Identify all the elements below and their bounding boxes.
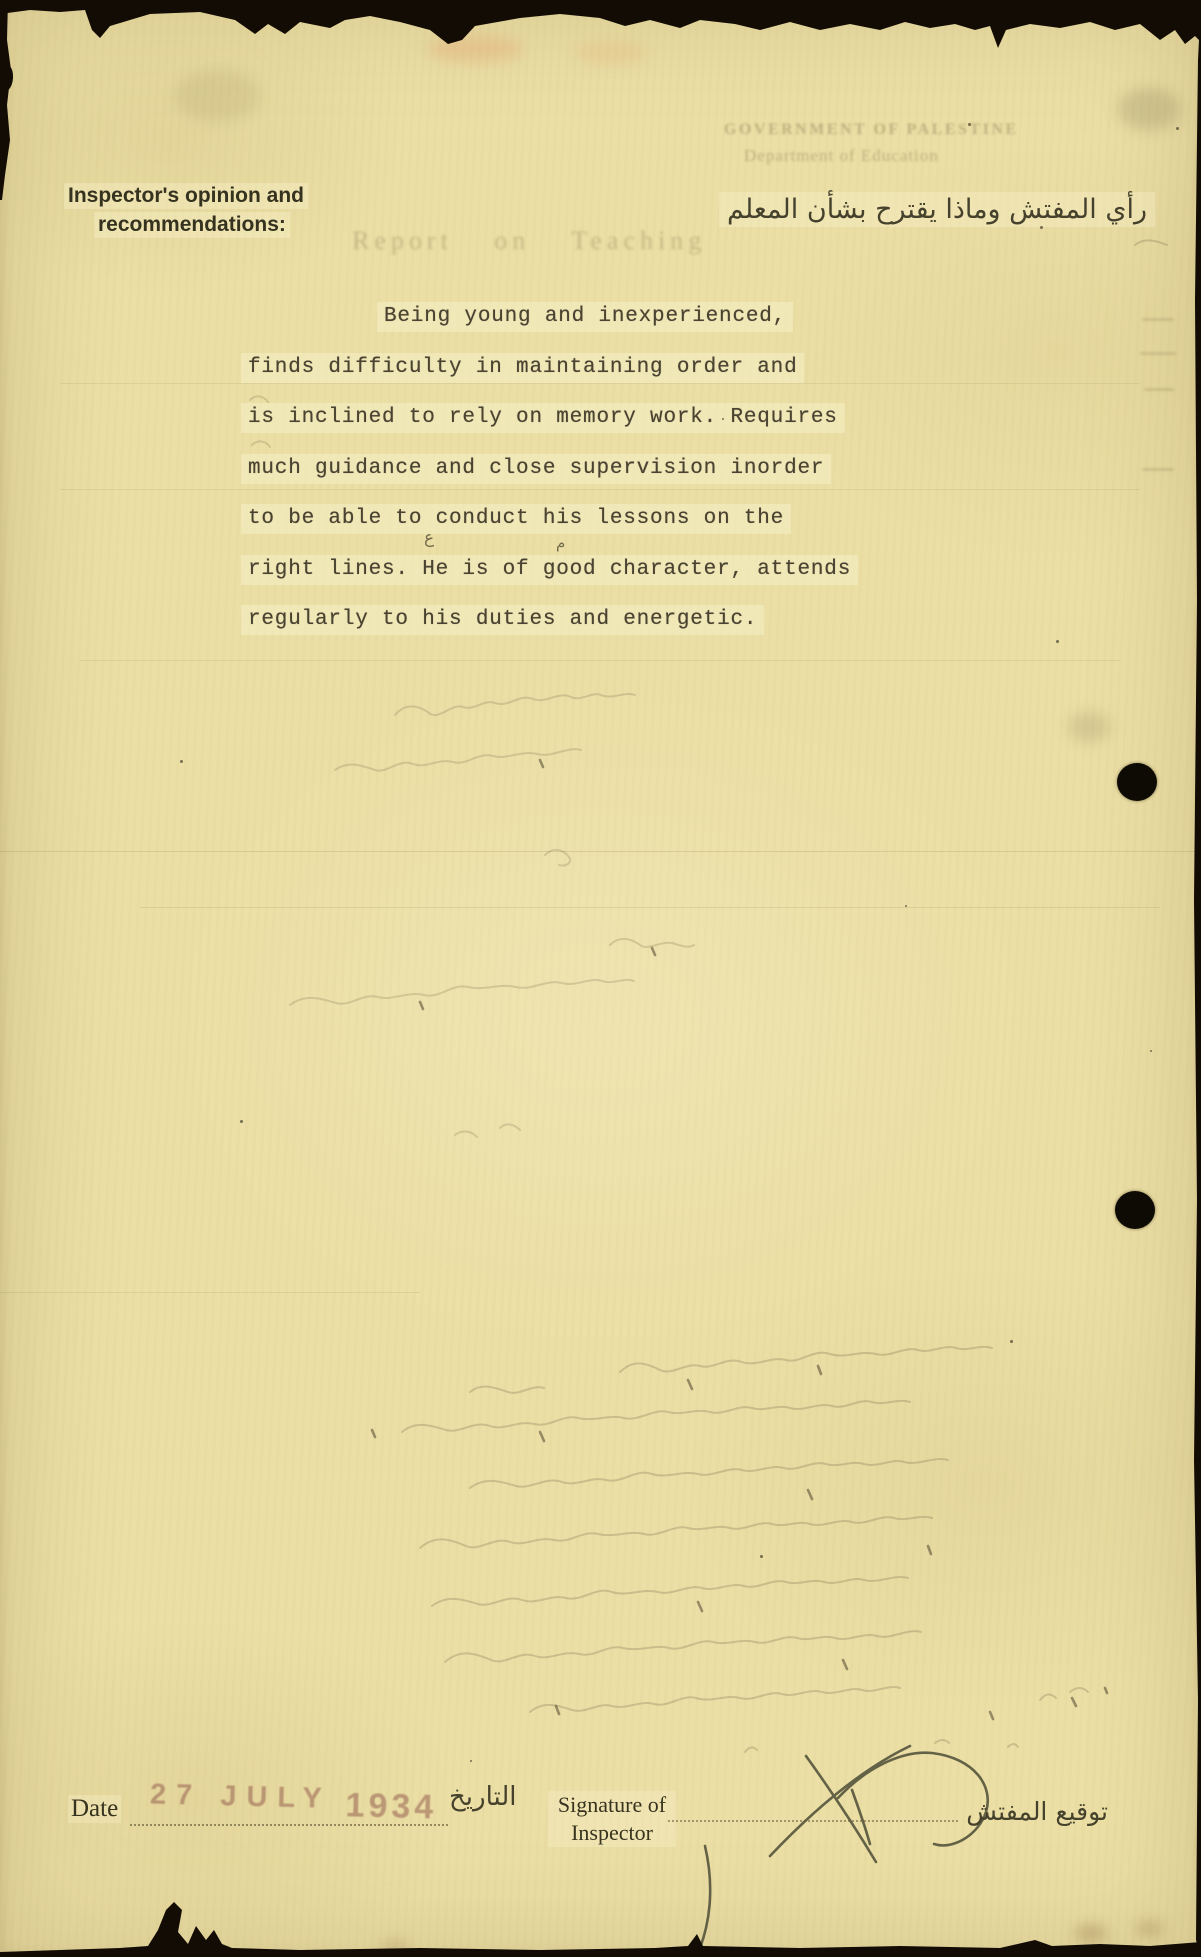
scanned-document-page: GOVERNMENT OF PALESTINE Department of Ed… [0, 0, 1201, 1957]
torn-page-edges [0, 0, 1201, 1957]
torn-edge-shapes [0, 0, 1201, 1957]
